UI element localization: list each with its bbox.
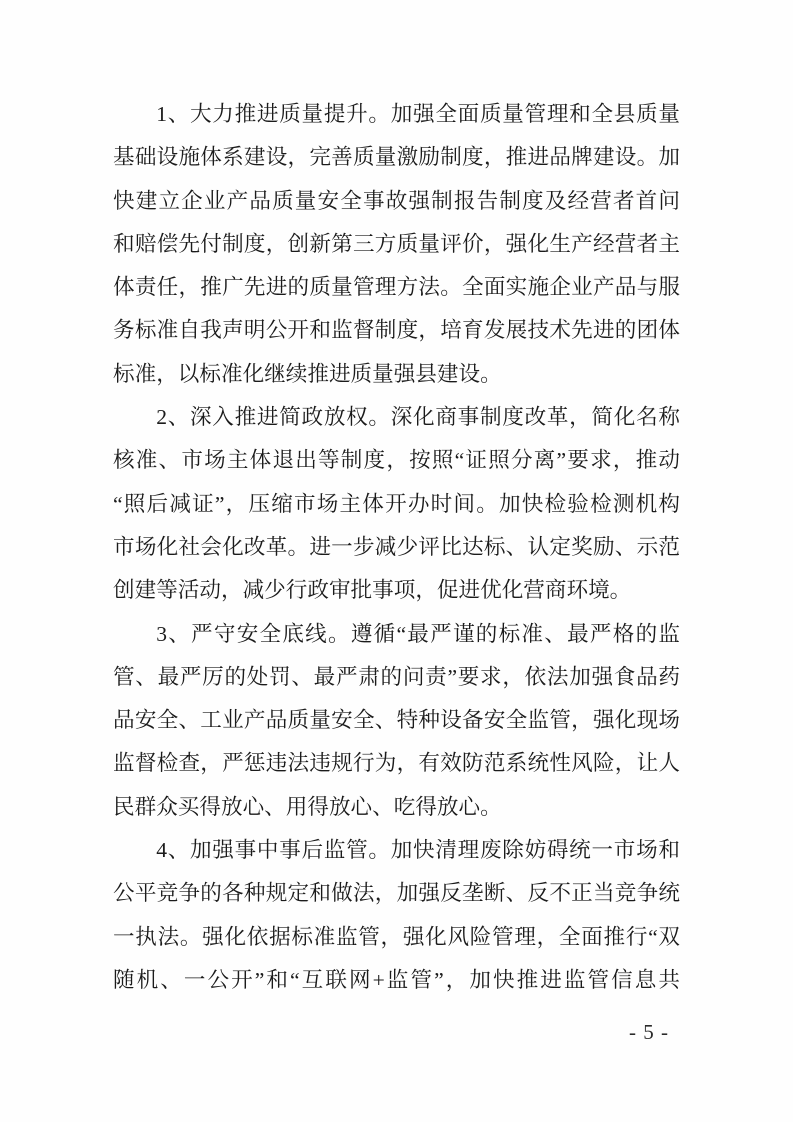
text-line: 民群众买得放心、用得放心、吃得放心。: [113, 786, 680, 829]
text-line: 一执法。强化依据标准监管，强化风险管理，全面推行“双: [113, 916, 680, 959]
text-line: 1、大力推进质量提升。加强全面质量管理和全县质量: [113, 93, 680, 136]
paragraph-4: 4、加强事中事后监管。加快清理废除妨碍统一市场和公平竞争的各种规定和做法，加强反…: [113, 829, 680, 1002]
text-line: “照后减证”，压缩市场主体开办时间。加快检验检测机构: [113, 483, 680, 526]
text-line: 管、最严厉的处罚、最严肃的问责”要求，依法加强食品药: [113, 656, 680, 699]
paragraph-3: 3、严守安全底线。遵循“最严谨的标准、最严格的监管、最严厉的处罚、最严肃的问责”…: [113, 613, 680, 829]
text-line: 市场化社会化改革。进一步减少评比达标、认定奖励、示范: [113, 526, 680, 569]
paragraph-1: 1、大力推进质量提升。加强全面质量管理和全县质量基础设施体系建设，完善质量激励制…: [113, 93, 680, 396]
document-page: 1、大力推进质量提升。加强全面质量管理和全县质量基础设施体系建设，完善质量激励制…: [0, 0, 793, 1122]
text-line: 和赔偿先付制度，创新第三方质量评价，强化生产经营者主: [113, 223, 680, 266]
text-line: 随机、一公开”和“互联网+监管”，加快推进监管信息共: [113, 959, 680, 1002]
text-line: 4、加强事中事后监管。加快清理废除妨碍统一市场和: [113, 829, 680, 872]
text-line: 公平竞争的各种规定和做法，加强反垄断、反不正当竞争统: [113, 872, 680, 915]
text-line: 标准，以标准化继续推进质量强县建设。: [113, 353, 680, 396]
text-line: 体责任，推广先进的质量管理方法。全面实施企业产品与服: [113, 266, 680, 309]
text-line: 快建立企业产品质量安全事故强制报告制度及经营者首问: [113, 180, 680, 223]
text-line: 监督检查，严惩违法违规行为，有效防范系统性风险，让人: [113, 742, 680, 785]
text-line: 基础设施体系建设，完善质量激励制度，推进品牌建设。加: [113, 136, 680, 179]
document-body: 1、大力推进质量提升。加强全面质量管理和全县质量基础设施体系建设，完善质量激励制…: [113, 93, 680, 1002]
text-line: 品安全、工业产品质量安全、特种设备安全监管，强化现场: [113, 699, 680, 742]
text-line: 3、严守安全底线。遵循“最严谨的标准、最严格的监: [113, 613, 680, 656]
text-line: 核准、市场主体退出等制度，按照“证照分离”要求，推动: [113, 439, 680, 482]
text-line: 2、深入推进简政放权。深化商事制度改革，简化名称: [113, 396, 680, 439]
page-number: - 5 -: [629, 1018, 669, 1046]
text-line: 务标准自我声明公开和监督制度，培育发展技术先进的团体: [113, 309, 680, 352]
paragraph-2: 2、深入推进简政放权。深化商事制度改革，简化名称核准、市场主体退出等制度，按照“…: [113, 396, 680, 612]
text-line: 创建等活动，减少行政审批事项，促进优化营商环境。: [113, 569, 680, 612]
